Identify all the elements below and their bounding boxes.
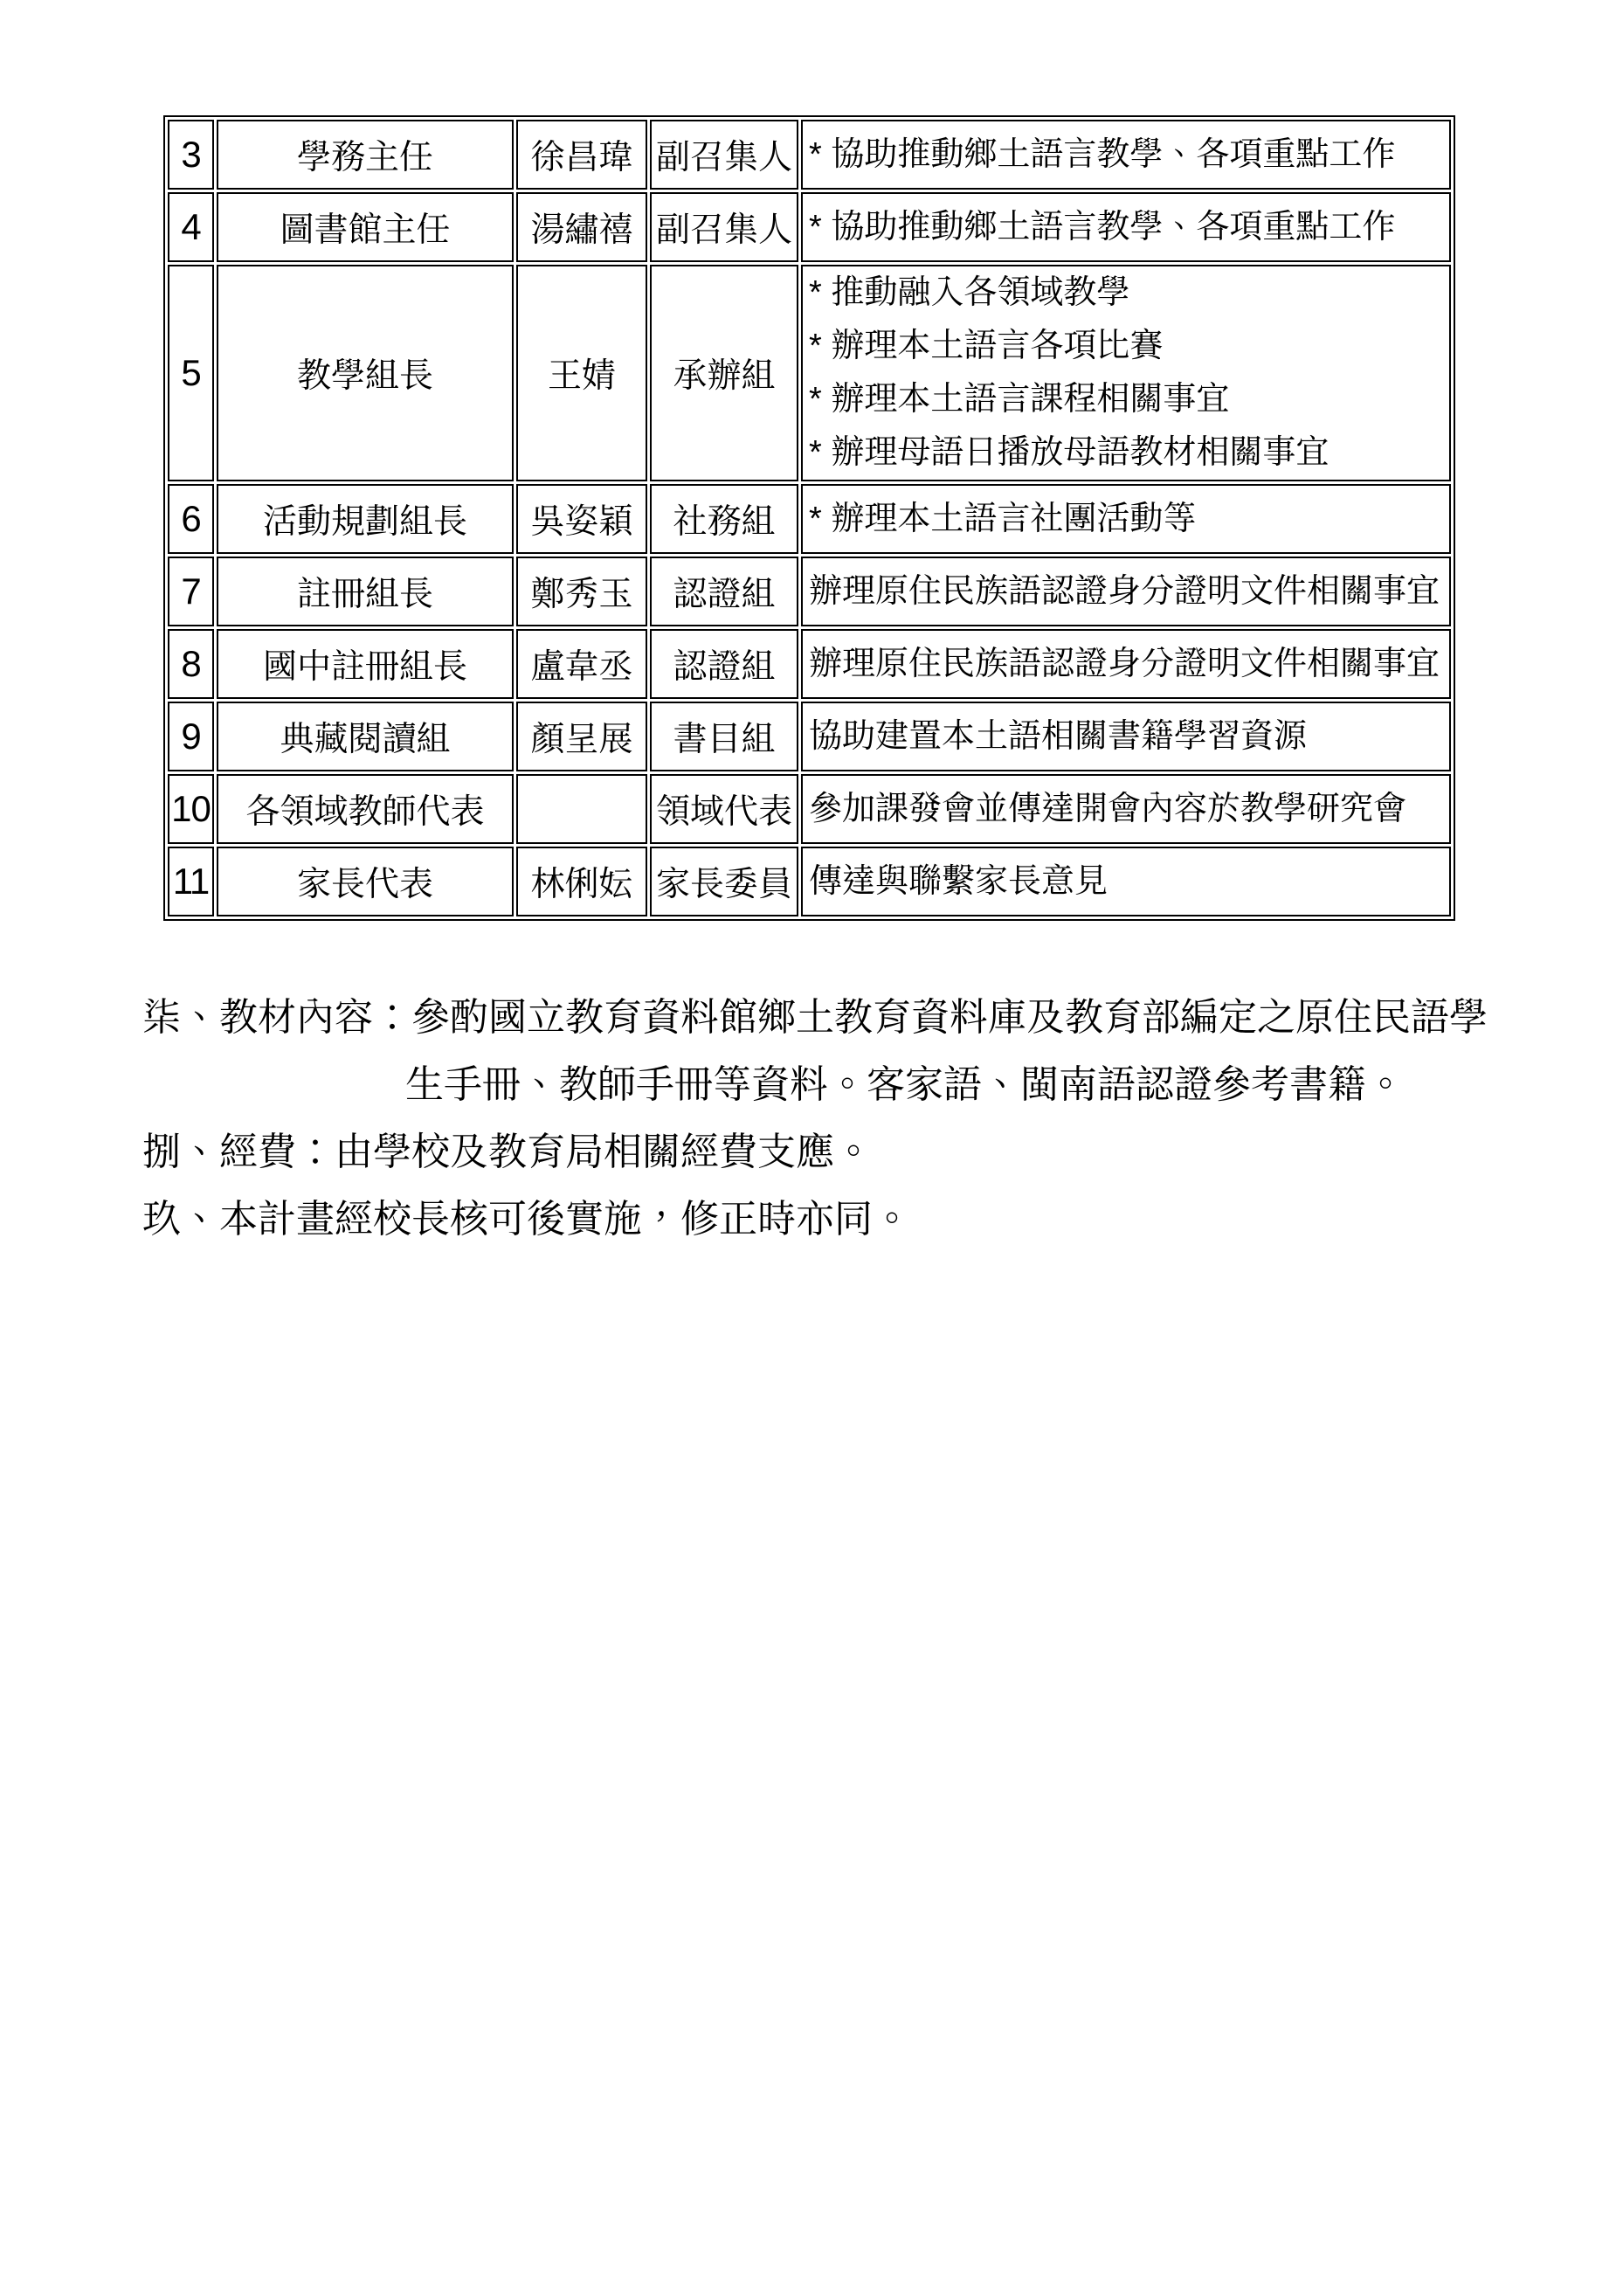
table-row: 6 活動規劃組長 吳姿穎 社務組 * 辦理本土語言社團活動等 xyxy=(168,484,1451,554)
row-name-cell: 盧韋丞 xyxy=(516,629,647,699)
row-name-cell: 徐昌瑋 xyxy=(516,120,647,190)
row-role-cell: 副召集人 xyxy=(650,120,798,190)
row-number-cell: 8 xyxy=(168,629,214,699)
duty-line: 辦理原住民族語認證身分證明文件相關事宜 xyxy=(809,638,1447,691)
row-title-cell: 教學組長 xyxy=(217,265,514,481)
table-row: 11 家長代表 林俐妘 家長委員 傳達與聯繫家長意見 xyxy=(168,847,1451,916)
row-role-cell: 領域代表 xyxy=(650,774,798,844)
row-role-cell: 書目組 xyxy=(650,702,798,771)
table-row: 3 學務主任 徐昌瑋 副召集人 * 協助推動鄉土語言教學、各項重點工作 xyxy=(168,120,1451,190)
duty-line: 參加課發會並傳達開會內容於教學研究會 xyxy=(809,783,1447,836)
row-number-cell: 7 xyxy=(168,557,214,626)
duty-line: * 辦理本土語言各項比賽 xyxy=(809,320,1447,373)
duty-line: * 協助推動鄉土語言教學、各項重點工作 xyxy=(809,201,1447,254)
row-duties-cell: 協助建置本土語相關書籍學習資源 xyxy=(801,702,1451,771)
row-duties-cell: 傳達與聯繫家長意見 xyxy=(801,847,1451,916)
row-duties-cell: * 辦理本土語言社團活動等 xyxy=(801,484,1451,554)
row-number-cell: 10 xyxy=(168,774,214,844)
row-role-cell: 副召集人 xyxy=(650,192,798,262)
row-number-cell: 9 xyxy=(168,702,214,771)
row-duties-cell: 辦理原住民族語認證身分證明文件相關事宜 xyxy=(801,557,1451,626)
duty-line: * 辦理本土語言社團活動等 xyxy=(809,493,1447,546)
row-duties-cell: * 推動融入各領域教學* 辦理本土語言各項比賽* 辦理本土語言課程相關事宜* 辦… xyxy=(801,265,1451,481)
table-row: 4 圖書館主任 湯繡禧 副召集人 * 協助推動鄉土語言教學、各項重點工作 xyxy=(168,192,1451,262)
row-number-cell: 4 xyxy=(168,192,214,262)
row-name-cell: 鄭秀玉 xyxy=(516,557,647,626)
row-name-cell xyxy=(516,774,647,844)
duty-line: 辦理原住民族語認證身分證明文件相關事宜 xyxy=(809,565,1447,619)
paragraph-materials: 柒、教材內容：參酌國立教育資料館鄉土教育資料庫及教育部編定之原住民語學 生手冊、… xyxy=(142,984,1623,1118)
paragraph-budget: 捌、經費：由學校及教育局相關經費支應。 xyxy=(142,1118,1623,1186)
row-number-cell: 11 xyxy=(168,847,214,916)
document-page: 3 學務主任 徐昌瑋 副召集人 * 協助推動鄉土語言教學、各項重點工作 4 圖書… xyxy=(0,0,1623,2296)
closing-paragraphs: 柒、教材內容：參酌國立教育資料館鄉土教育資料庫及教育部編定之原住民語學 生手冊、… xyxy=(142,984,1623,1253)
table-row: 10 各領域教師代表 領域代表 參加課發會並傳達開會內容於教學研究會 xyxy=(168,774,1451,844)
duty-line: * 推動融入各領域教學 xyxy=(809,266,1447,320)
table-row: 7 註冊組長 鄭秀玉 認證組 辦理原住民族語認證身分證明文件相關事宜 xyxy=(168,557,1451,626)
table-row: 8 國中註冊組長 盧韋丞 認證組 辦理原住民族語認證身分證明文件相關事宜 xyxy=(168,629,1451,699)
row-name-cell: 顏呈展 xyxy=(516,702,647,771)
row-title-cell: 家長代表 xyxy=(217,847,514,916)
row-name-cell: 王婧 xyxy=(516,265,647,481)
committee-roster-table: 3 學務主任 徐昌瑋 副召集人 * 協助推動鄉土語言教學、各項重點工作 4 圖書… xyxy=(163,115,1455,921)
row-title-cell: 各領域教師代表 xyxy=(217,774,514,844)
row-name-cell: 吳姿穎 xyxy=(516,484,647,554)
row-role-cell: 認證組 xyxy=(650,629,798,699)
row-role-cell: 社務組 xyxy=(650,484,798,554)
duty-line: 協助建置本土語相關書籍學習資源 xyxy=(809,710,1447,764)
row-title-cell: 典藏閱讀組 xyxy=(217,702,514,771)
row-duties-cell: 參加課發會並傳達開會內容於教學研究會 xyxy=(801,774,1451,844)
row-role-cell: 家長委員 xyxy=(650,847,798,916)
duty-line: * 辦理本土語言課程相關事宜 xyxy=(809,373,1447,426)
committee-table-body: 3 學務主任 徐昌瑋 副召集人 * 協助推動鄉土語言教學、各項重點工作 4 圖書… xyxy=(168,120,1451,916)
duty-line: * 辦理母語日播放母語教材相關事宜 xyxy=(809,426,1447,480)
duty-line: 傳達與聯繫家長意見 xyxy=(809,855,1447,909)
row-title-cell: 註冊組長 xyxy=(217,557,514,626)
row-number-cell: 6 xyxy=(168,484,214,554)
duty-line: * 協助推動鄉土語言教學、各項重點工作 xyxy=(809,128,1447,182)
paragraph-materials-line2: 生手冊、教師手冊等資料。客家語、閩南語認證參考書籍。 xyxy=(405,1051,1623,1118)
paragraph-materials-line1: 柒、教材內容：參酌國立教育資料館鄉土教育資料庫及教育部編定之原住民語學 xyxy=(142,984,1623,1051)
table-row: 5 教學組長 王婧 承辦組 * 推動融入各領域教學* 辦理本土語言各項比賽* 辦… xyxy=(168,265,1451,481)
row-name-cell: 湯繡禧 xyxy=(516,192,647,262)
row-name-cell: 林俐妘 xyxy=(516,847,647,916)
paragraph-approval: 玖、本計畫經校長核可後實施，修正時亦同。 xyxy=(142,1186,1623,1253)
row-title-cell: 國中註冊組長 xyxy=(217,629,514,699)
row-role-cell: 承辦組 xyxy=(650,265,798,481)
row-number-cell: 5 xyxy=(168,265,214,481)
row-title-cell: 活動規劃組長 xyxy=(217,484,514,554)
row-title-cell: 圖書館主任 xyxy=(217,192,514,262)
row-title-cell: 學務主任 xyxy=(217,120,514,190)
row-number-cell: 3 xyxy=(168,120,214,190)
row-role-cell: 認證組 xyxy=(650,557,798,626)
row-duties-cell: 辦理原住民族語認證身分證明文件相關事宜 xyxy=(801,629,1451,699)
row-duties-cell: * 協助推動鄉土語言教學、各項重點工作 xyxy=(801,120,1451,190)
row-duties-cell: * 協助推動鄉土語言教學、各項重點工作 xyxy=(801,192,1451,262)
table-row: 9 典藏閱讀組 顏呈展 書目組 協助建置本土語相關書籍學習資源 xyxy=(168,702,1451,771)
